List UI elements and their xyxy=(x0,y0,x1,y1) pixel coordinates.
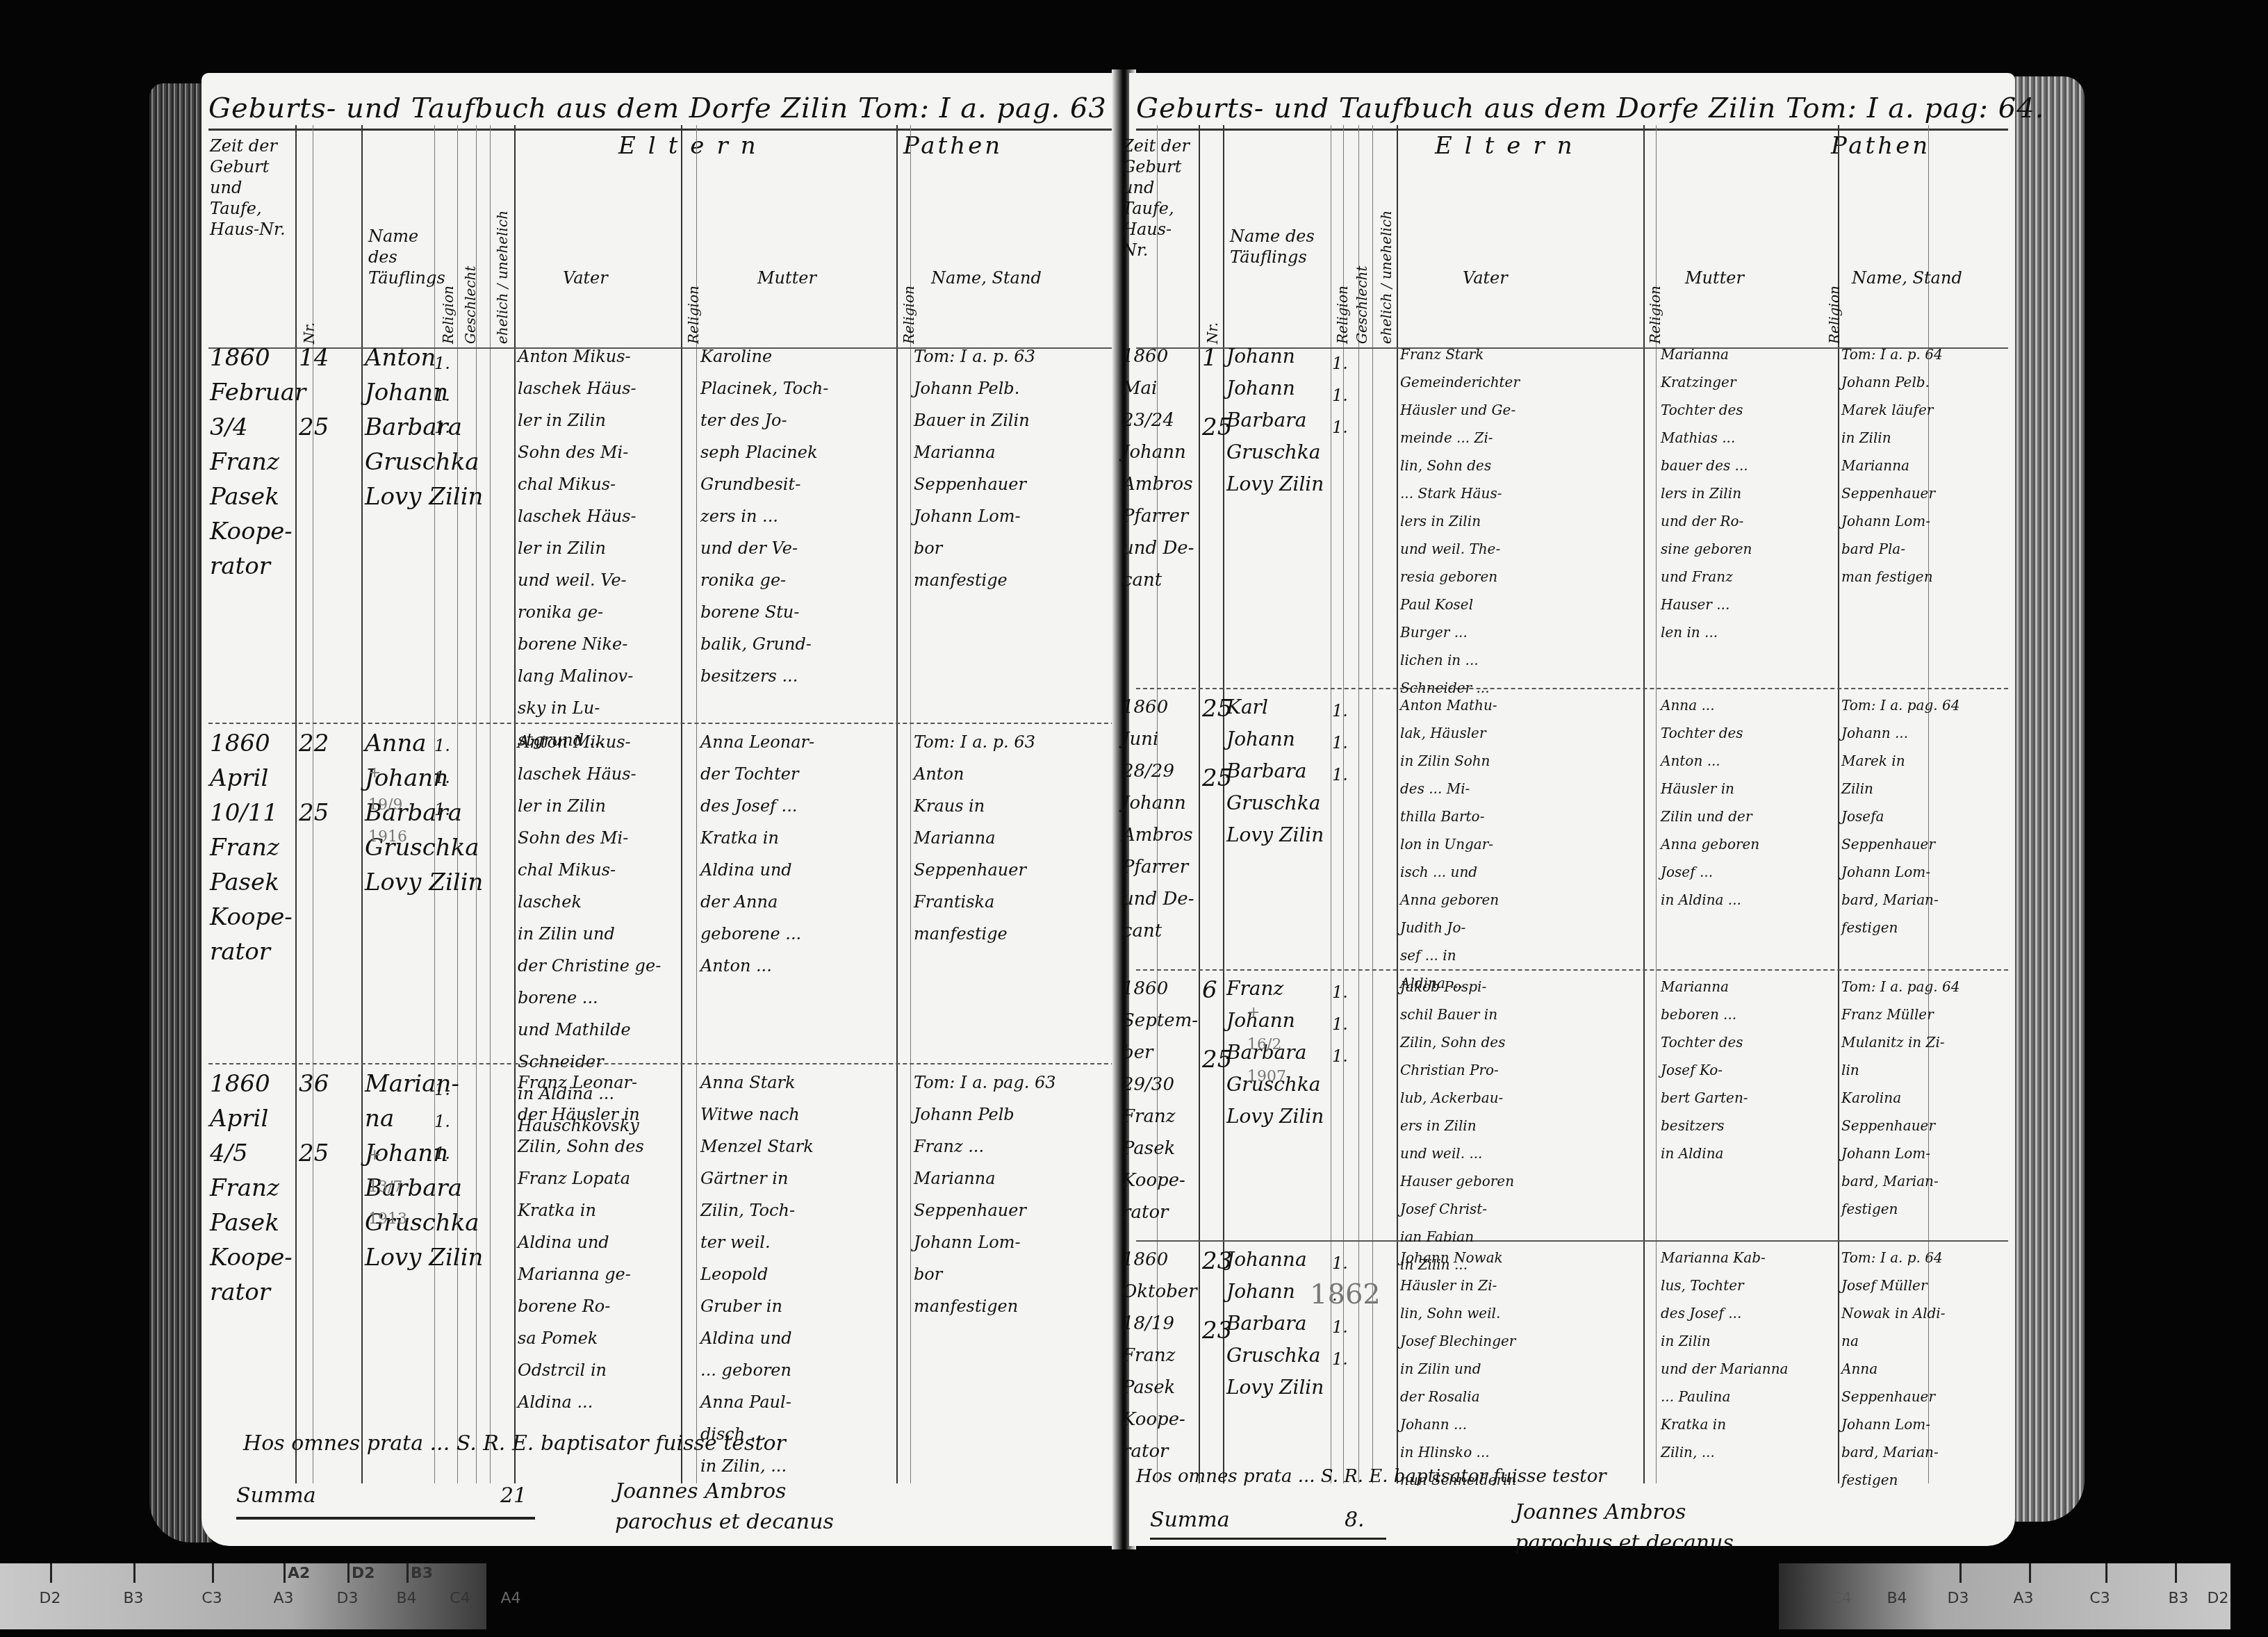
ruler-label: A2 xyxy=(288,1565,310,1582)
ruler-label: B3 xyxy=(123,1590,143,1607)
column-header-father-religion: Religion xyxy=(683,184,704,344)
entry-father: Anton Mikus- laschek Häus- ler in Zilin … xyxy=(518,340,681,756)
count-underline xyxy=(236,1517,535,1520)
entry-child: Johann Johann Barbara Gruschka Lovy Zili… xyxy=(1226,340,1331,500)
column-header-father: Vater xyxy=(1463,268,1508,288)
column-header-mother: Mutter xyxy=(1685,268,1744,288)
entry-father: Franz Leonar- der Häusler in Zilin, Sohn… xyxy=(518,1067,681,1418)
ruler-label: A3 xyxy=(2013,1590,2033,1607)
entry-godparents: Tom: I a. pag. 63 Johann Pelb Franz ... … xyxy=(914,1067,1122,1322)
column-rule xyxy=(1397,125,1398,1483)
ruler-label: D2 xyxy=(352,1565,375,1582)
entry-mother: Karoline Placinek, Toch- ter des Jo- sep… xyxy=(700,340,895,692)
entry-godparents: Tom: I a. pag. 64 Franz Müller Mulanitz … xyxy=(1841,973,2008,1223)
left-page: Geburts- und Taufbuch aus dem Dorfe Zili… xyxy=(202,73,1129,1546)
entry-house-number: 36 25 xyxy=(299,1067,354,1171)
column-header-sex: Geschlecht xyxy=(1351,177,1372,344)
ruler-label: C3 xyxy=(202,1590,222,1607)
right-page: Geburts- und Taufbuch aus dem Dorfe Zili… xyxy=(1129,73,2015,1546)
entry-child: Karl Johann Barbara Gruschka Lovy Zilin xyxy=(1226,691,1331,851)
entry-marks: 1. 1. 1. xyxy=(434,1073,450,1169)
ruler-label: B3 xyxy=(411,1565,433,1582)
entry-date: 1860 Februar 3/4 Franz Pasek Koope- rato… xyxy=(210,340,297,584)
entry-marks: 1. 1. 1. xyxy=(1332,347,1348,443)
ruler-label: C4 xyxy=(450,1590,470,1607)
entry-mother: Anna Leonar- der Tochter des Josef ... K… xyxy=(700,726,895,982)
closing-attestation: Hos omnes prata ... S. R. E. baptisator … xyxy=(243,1431,786,1456)
entry-marks: 1. 1. 1. xyxy=(1332,695,1348,791)
column-rule xyxy=(514,125,516,1483)
column-rule xyxy=(896,125,898,1483)
pastor-signature: Joannes Ambros parochus et decanus xyxy=(1515,1497,1734,1558)
count-value: 8. xyxy=(1345,1508,1365,1532)
page-header: Geburts- und Taufbuch aus dem Dorfe Zili… xyxy=(1136,92,2008,131)
entry-date: 1860 Oktober 18/19 Franz Pasek Koope- ra… xyxy=(1122,1244,1199,1467)
column-header-father-religion: Religion xyxy=(1645,184,1666,344)
color-reference-ruler-right: C4 B4 D3 A3 C3 B3 D2 xyxy=(1779,1563,2230,1629)
ruler-label: B4 xyxy=(1887,1590,1907,1607)
group-label-parents: Eltern xyxy=(618,132,769,160)
page-header: Geburts- und Taufbuch aus dem Dorfe Zili… xyxy=(208,92,1122,131)
group-label-godparents: Pathen xyxy=(903,132,1003,160)
column-header-number: Nr. xyxy=(1202,205,1223,344)
ruler-label: A4 xyxy=(500,1590,520,1607)
entry-father: Franz Stark Gemeinderichter Häusler und … xyxy=(1400,340,1640,702)
entry-date: 1860 April 4/5 Franz Pasek Koope- rator xyxy=(210,1067,297,1310)
entry-pencil-note: + 16/2 1907 xyxy=(1247,997,1286,1093)
count-value: 21 xyxy=(500,1483,527,1508)
entry-house-number: 22 25 xyxy=(299,726,354,830)
entry-marks: 1. 1. 1. xyxy=(434,730,450,825)
column-header-child-name: Name des Täuflings xyxy=(1230,226,1327,268)
column-header-sex: Geschlecht xyxy=(460,177,481,344)
ruler-label: A3 xyxy=(273,1590,293,1607)
column-header-number: Nr. xyxy=(299,205,320,344)
column-header-religion: Religion xyxy=(438,177,459,344)
entry-pencil-note: + 13/7 1913 xyxy=(368,1140,407,1235)
entry-marks: 1. 1. 1. xyxy=(1332,976,1348,1072)
entry-mother: Marianna Kratzinger Tochter des Mathias … xyxy=(1661,340,1834,646)
entry-mother: Anna Stark Witwe nach Menzel Stark Gärtn… xyxy=(700,1067,895,1482)
ruler-label: C4 xyxy=(1831,1590,1851,1607)
entry-godparents: Tom: I a. pag. 64 Johann ... Marek in Zi… xyxy=(1841,691,2008,941)
entry-pencil-note: + 19/9 1916 xyxy=(368,757,407,853)
count-label: Summa xyxy=(1150,1508,1230,1532)
entry-child: Johanna Johann Barbara Gruschka Lovy Zil… xyxy=(1226,1244,1331,1404)
entry-house-number: 14 25 xyxy=(299,340,354,445)
entry-date: 1860 Mai 23/24 Johann Ambros Pfarrer und… xyxy=(1122,340,1199,596)
entry-mother: Marianna Kab- lus, Tochter des Josef ...… xyxy=(1661,1244,1834,1466)
book-page-edges-right xyxy=(2008,76,2085,1522)
column-header-godparents: Name, Stand xyxy=(931,268,1042,288)
entry-godparents: Tom: I a. p. 64 Johann Pelb. Marek läufe… xyxy=(1841,340,2008,591)
column-header-mother: Mutter xyxy=(757,268,816,288)
color-reference-ruler-left: A2 D2 B3 D2 B3 C3 A3 D3 B4 C4 A4 xyxy=(0,1563,486,1629)
column-header-date: Zeit der Geburt und Taufe, Haus-Nr. xyxy=(1122,135,1192,261)
group-label-godparents: Pathen xyxy=(1831,132,1930,160)
column-header-child-name: Name des Täuflings xyxy=(368,226,434,288)
entry-father: Anton Mathu- lak, Häusler in Zilin Sohn … xyxy=(1400,691,1640,997)
column-header-godparents: Name, Stand xyxy=(1852,268,1962,288)
column-header-legitimacy: ehelich / unehelich xyxy=(1376,177,1397,344)
group-label-parents: Eltern xyxy=(1435,132,1585,160)
column-rule xyxy=(1199,125,1200,1483)
column-header-legitimacy: ehelich / unehelich xyxy=(492,177,513,344)
entry-godparents: Tom: I a. p. 64 Josef Müller Nowak in Al… xyxy=(1841,1244,2008,1494)
column-header-religion: Religion xyxy=(1332,177,1353,344)
entry-father: Jakob Pospi- schil Bauer in Zilin, Sohn … xyxy=(1400,973,1640,1278)
ruler-label: D3 xyxy=(337,1590,359,1607)
column-rule xyxy=(361,125,363,1483)
entry-marks: 1. 1. 1. xyxy=(434,347,450,443)
entry-date: 1860 April 10/11 Franz Pasek Koope- rato… xyxy=(210,726,297,969)
count-label: Summa xyxy=(236,1483,316,1508)
ruler-label: C3 xyxy=(2089,1590,2110,1607)
ruler-label: D3 xyxy=(1948,1590,1969,1607)
entry-marks: 1. . 1. 1. xyxy=(1332,1247,1348,1375)
ruler-label: D2 xyxy=(2208,1590,2229,1607)
entry-date: 1860 Septem- ber 29/30 Franz Pasek Koope… xyxy=(1122,973,1199,1228)
column-header-mother-religion: Religion xyxy=(1824,184,1845,344)
ruler-label: B4 xyxy=(396,1590,416,1607)
column-header-date: Zeit der Geburt und Taufe, Haus-Nr. xyxy=(210,135,293,240)
pastor-signature: Joannes Ambros parochus et decanus xyxy=(615,1476,834,1538)
entry-father: Johann Nowak Häusler in Zi- lin, Sohn we… xyxy=(1400,1244,1640,1494)
entry-godparents: Tom: I a. p. 63 Anton Kraus in Marianna … xyxy=(914,726,1122,950)
column-header-father: Vater xyxy=(563,268,608,288)
column-header-mother-religion: Religion xyxy=(898,184,919,344)
count-underline xyxy=(1150,1538,1386,1540)
entry-date: 1860 Juni 28/29 Johann Ambros Pfarrer un… xyxy=(1122,691,1199,947)
entry-mother: Anna ... Tochter des Anton ... Häusler i… xyxy=(1661,691,1834,914)
closing-attestation: Hos omnes prata ... S. R. E. baptisator … xyxy=(1136,1466,1606,1487)
ruler-label: B3 xyxy=(2168,1590,2188,1607)
entry-mother: Marianna beboren ... Tochter des Josef K… xyxy=(1661,973,1834,1167)
ruler-label: D2 xyxy=(40,1590,61,1607)
column-rule xyxy=(681,125,682,1483)
entry-godparents: Tom: I a. p. 63 Johann Pelb. Bauer in Zi… xyxy=(914,340,1122,596)
